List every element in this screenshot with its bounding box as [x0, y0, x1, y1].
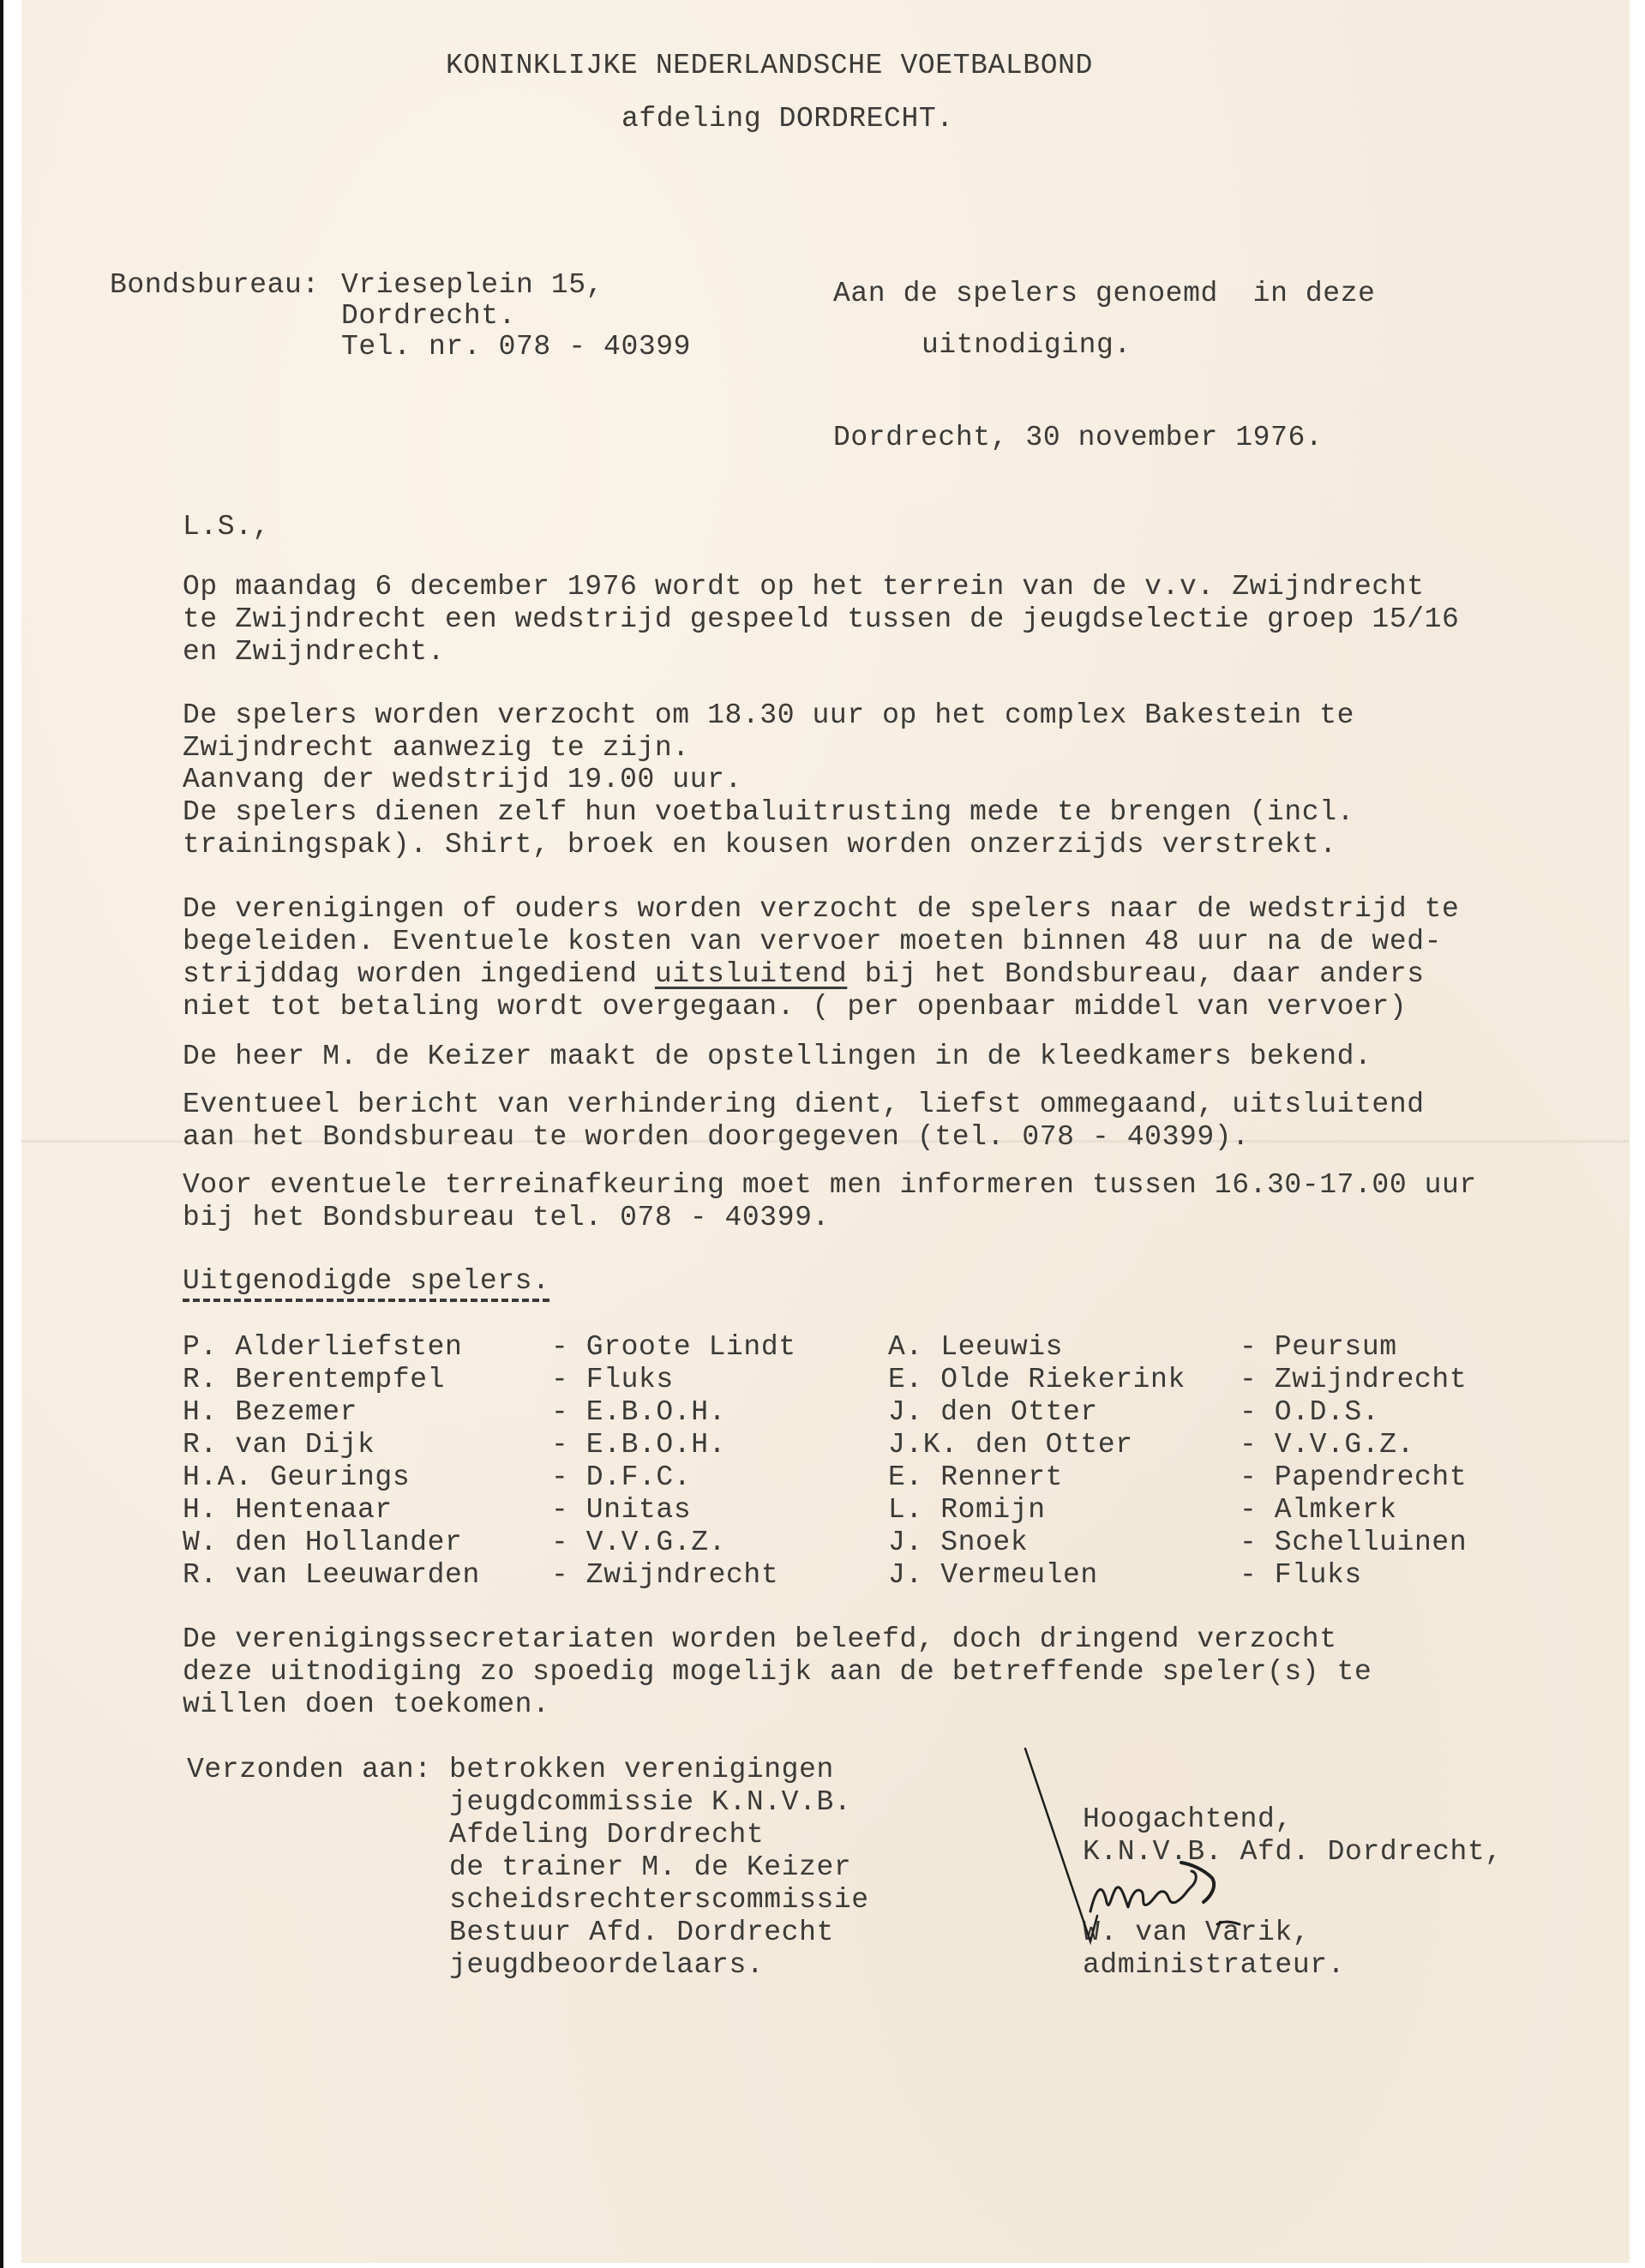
players-table: P. Alderliefsten - Groote Lindt A. Leeuw… — [0, 1331, 1645, 1605]
body-line: aan het Bondsbureau te worden doorgegeve… — [183, 1121, 1250, 1154]
player-row: R. van Dijk - E.B.O.H. J.K. den Otter - … — [0, 1429, 1645, 1461]
body-line: begeleiden. Eventuele kosten van vervoer… — [183, 926, 1442, 958]
player-name: H. Bezemer — [183, 1396, 357, 1429]
player-club: - Groote Lindt — [551, 1331, 796, 1364]
player-club: - Zwijndrecht — [551, 1559, 778, 1592]
player-row: H. Bezemer - E.B.O.H. J. den Otter - O.D… — [0, 1396, 1645, 1429]
letterhead-division: afdeling DORDRECHT. — [621, 103, 954, 135]
player-club: - Zwijndrecht — [1240, 1364, 1467, 1396]
player-club: - Fluks — [551, 1364, 674, 1396]
salutation: L.S., — [183, 511, 270, 543]
player-club: - Fluks — [1240, 1559, 1362, 1592]
handwritten-signature-icon — [1020, 1744, 1294, 1950]
player-name: H.A. Geurings — [183, 1461, 410, 1494]
body-line: niet tot betaling wordt overgegaan. ( pe… — [183, 991, 1407, 1023]
distribution-recipient: Bestuur Afd. Dordrecht — [449, 1917, 834, 1949]
player-club: - D.F.C. — [551, 1461, 691, 1494]
body-line: De heer M. de Keizer maakt de opstelling… — [183, 1041, 1372, 1073]
player-name: A. Leeuwis — [888, 1331, 1063, 1364]
body-text: strijddag worden ingediend — [183, 958, 655, 990]
body-line: De verenigingen of ouders worden verzoch… — [183, 893, 1459, 926]
body-text: bij het Bondsbureau, daar anders — [847, 958, 1424, 990]
player-name: E. Olde Riekerink — [888, 1364, 1186, 1396]
player-club: - Unitas — [551, 1494, 691, 1527]
player-row: H.A. Geurings - D.F.C. E. Rennert - Pape… — [0, 1461, 1645, 1494]
body-line: strijddag worden ingediend uitsluitend b… — [183, 958, 1425, 991]
signature-title: administrateur. — [1083, 1949, 1345, 1982]
player-row: P. Alderliefsten - Groote Lindt A. Leeuw… — [0, 1331, 1645, 1364]
player-row: R. van Leeuwarden - Zwijndrecht J. Verme… — [0, 1559, 1645, 1592]
distribution-recipient: jeugdcommissie K.N.V.B. — [449, 1786, 851, 1819]
body-line: bij het Bondsbureau tel. 078 - 40399. — [183, 1202, 830, 1234]
player-name: R. Berentempfel — [183, 1364, 445, 1396]
recipient-line: Aan de spelers genoemd in deze — [833, 278, 1376, 310]
body-line: Eventueel bericht van verhindering dient… — [183, 1089, 1425, 1121]
player-name: H. Hentenaar — [183, 1494, 393, 1527]
letterhead-org: KONINKLIJKE NEDERLANDSCHE VOETBALBOND — [446, 50, 1093, 82]
body-line: Aanvang der wedstrijd 19.00 uur. — [183, 764, 742, 796]
player-name: R. van Dijk — [183, 1429, 375, 1461]
body-line: De spelers worden verzocht om 18.30 uur … — [183, 699, 1354, 732]
distribution-recipient: jeugdbeoordelaars. — [449, 1949, 764, 1982]
body-line: te Zwijndrecht een wedstrijd gespeeld tu… — [183, 603, 1459, 636]
players-heading-text: Uitgenodigde spelers. — [183, 1265, 549, 1302]
body-line: en Zwijndrecht. — [183, 636, 445, 669]
player-name: R. van Leeuwarden — [183, 1559, 480, 1592]
sender-label: Bondsbureau: — [110, 269, 320, 302]
body-line: De verenigingssecretariaten worden belee… — [183, 1623, 1337, 1656]
player-club: - O.D.S. — [1240, 1396, 1379, 1429]
distribution-recipient: scheidsrechterscommissie — [449, 1884, 869, 1917]
player-name: W. den Hollander — [183, 1527, 462, 1559]
body-line: deze uitnodiging zo spoedig mogelijk aan… — [183, 1656, 1372, 1689]
body-line: willen doen toekomen. — [183, 1689, 549, 1721]
player-name: J. Vermeulen — [888, 1559, 1098, 1592]
player-club: - E.B.O.H. — [551, 1396, 726, 1429]
sender-address-line: Dordrecht. — [341, 300, 516, 333]
player-row: W. den Hollander - V.V.G.Z. J. Snoek - S… — [0, 1527, 1645, 1559]
recipient-line: uitnodiging. — [922, 329, 1132, 362]
distribution-recipient: de trainer M. de Keizer — [449, 1851, 851, 1884]
player-name: L. Romijn — [888, 1494, 1046, 1527]
date-line: Dordrecht, 30 november 1976. — [833, 422, 1323, 454]
body-line: Voor eventuele terreinafkeuring moet men… — [183, 1169, 1477, 1202]
scan-edge — [0, 0, 3, 2268]
player-name: P. Alderliefsten — [183, 1331, 462, 1364]
distribution-recipient: Afdeling Dordrecht — [449, 1819, 764, 1851]
body-line: trainingspak). Shirt, broek en kousen wo… — [183, 829, 1337, 861]
player-row: H. Hentenaar - Unitas L. Romijn - Almker… — [0, 1494, 1645, 1527]
distribution-label: Verzonden aan: — [187, 1754, 432, 1786]
player-row: R. Berentempfel - Fluks E. Olde Riekerin… — [0, 1364, 1645, 1396]
sender-phone: Tel. nr. 078 - 40399 — [341, 331, 691, 363]
player-club: - E.B.O.H. — [551, 1429, 726, 1461]
player-club: - Schelluinen — [1240, 1527, 1467, 1559]
player-name: E. Rennert — [888, 1461, 1063, 1494]
body-line: Op maandag 6 december 1976 wordt op het … — [183, 571, 1425, 603]
player-club: - V.V.G.Z. — [1240, 1429, 1414, 1461]
player-club: - Peursum — [1240, 1331, 1397, 1364]
players-heading: Uitgenodigde spelers. — [183, 1265, 549, 1298]
sender-address-line: Vrieseplein 15, — [341, 269, 603, 302]
emphasis-uitsluitend: uitsluitend — [655, 958, 847, 990]
body-line: Zwijndrecht aanwezig te zijn. — [183, 732, 690, 765]
player-club: - V.V.G.Z. — [551, 1527, 726, 1559]
player-club: - Papendrecht — [1240, 1461, 1467, 1494]
player-name: J. Snoek — [888, 1527, 1028, 1559]
distribution-recipient: betrokken verenigingen — [449, 1754, 834, 1786]
player-name: J.K. den Otter — [888, 1429, 1133, 1461]
player-club: - Almkerk — [1240, 1494, 1397, 1527]
player-name: J. den Otter — [888, 1396, 1098, 1429]
body-line: De spelers dienen zelf hun voetbaluitrus… — [183, 796, 1354, 829]
